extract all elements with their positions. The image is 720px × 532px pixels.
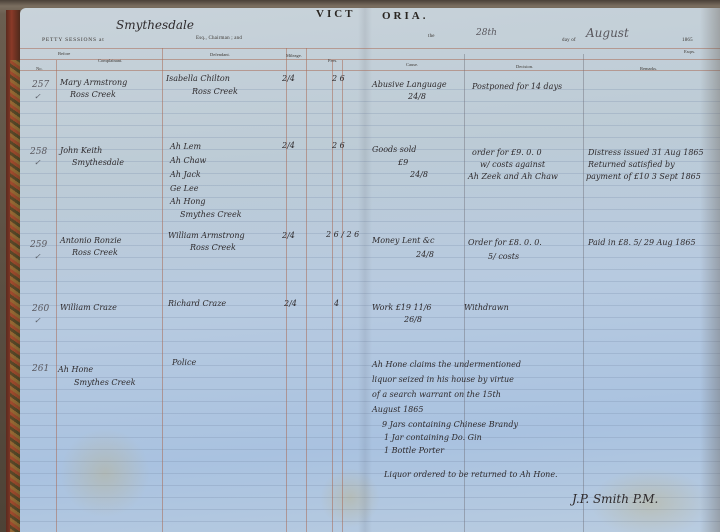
defendant-place: Ross Creek [190, 243, 236, 252]
chairman-label: Esq., Chairman ; and [196, 36, 242, 41]
ledger-book: VICT ORIA. PETTY SESSIONS at Smythesdale… [0, 0, 720, 532]
column-divider-fees-a [332, 60, 333, 532]
entry-number: 259 [30, 240, 47, 250]
mileage-value: 2/4 [282, 74, 295, 83]
column-divider-complainant [162, 48, 163, 532]
defendant-place: Smythes Creek [180, 210, 242, 219]
remarks-text: Paid in £8. 5/ 29 Aug 1865 [588, 238, 696, 247]
petty-sessions-place: Smythesdale [116, 18, 194, 32]
esqrs-label: Esqrs. [684, 49, 695, 54]
header-rule [20, 59, 720, 60]
defendant-name: Ah Lem [170, 142, 201, 151]
cause-date: 24/8 [416, 250, 434, 259]
page-edge-shadow [700, 8, 720, 532]
decision-text: order for £9. 0. 0 [472, 148, 542, 157]
column-divider-cause [464, 54, 465, 532]
month-value: August [586, 26, 629, 40]
col-header-defendant: Defendant. [210, 52, 230, 57]
claim-note-line: August 1865 [372, 405, 423, 414]
cause-date: 24/8 [410, 170, 428, 179]
column-divider-mileage [306, 48, 307, 532]
complainant-place: Ross Creek [70, 90, 116, 99]
claim-note-line: liquor seized in his house by virtue [372, 375, 514, 384]
check-mark: ✓ [34, 92, 41, 101]
complainant-place: Ross Creek [72, 248, 118, 257]
cause-date: 24/8 [408, 92, 426, 101]
decision-text: w/ costs against [480, 160, 545, 169]
defendant-name: Ah Chaw [170, 156, 206, 165]
claim-note-line: of a search warrant on the 15th [372, 390, 501, 399]
col-header-fees: Fees. [328, 58, 337, 63]
fees-value: 2 6 [332, 74, 345, 83]
water-stain [60, 428, 150, 518]
column-divider-decision [583, 54, 584, 532]
year-label: 1865 [682, 38, 693, 43]
col-header-complainant: Complainant. [98, 58, 122, 63]
the-label: the [428, 34, 435, 39]
complainant-name: William Craze [60, 303, 117, 312]
entry-number: 260 [32, 304, 49, 314]
header-rule [20, 70, 720, 71]
check-mark: ✓ [34, 316, 41, 325]
decision-text: Order for £8. 0. 0. [468, 238, 542, 247]
col-header-decision: Decision. [516, 64, 533, 69]
claim-note-item: 1 Jar containing Do. Gin [384, 433, 482, 442]
check-mark: ✓ [34, 252, 41, 261]
page-gutter [358, 8, 372, 532]
check-mark: ✓ [34, 158, 41, 167]
fees-value: 2 6 [332, 141, 345, 150]
mileage-value: 2/4 [282, 141, 295, 150]
col-header-cause: Cause. [406, 62, 418, 67]
claim-note-line: Ah Hone claims the undermentioned [372, 360, 521, 369]
water-stain [320, 468, 380, 528]
entry-number: 257 [32, 80, 49, 90]
entry-number: 261 [32, 364, 49, 374]
defendant-name: Police [172, 358, 196, 367]
defendant-name: Richard Craze [168, 299, 226, 308]
fees-value: 4 [334, 299, 339, 308]
header-rule [20, 48, 720, 49]
defendant-name: Ge Lee [170, 184, 198, 193]
ledger-page-spread: VICT ORIA. PETTY SESSIONS at Smythesdale… [20, 8, 720, 532]
cause-text: Money Lent &c [372, 236, 435, 245]
cause-text: Work £19 11/6 [372, 303, 432, 312]
defendant-name: Ah Jack [170, 170, 201, 179]
day-of-label: day of [562, 38, 576, 43]
decision-text: Ah Zeek and Ah Chaw [468, 172, 558, 181]
fees-value: 2 6 / 2 6 [326, 230, 359, 239]
complainant-place: Smythes Creek [74, 378, 136, 387]
marbled-endpaper [10, 60, 20, 532]
order-note: Liquor ordered to be returned to Ah Hone… [384, 470, 558, 479]
decision-text: Postponed for 14 days [472, 82, 562, 91]
defendant-place: Ross Creek [192, 87, 238, 96]
defendant-name: William Armstrong [168, 231, 245, 240]
column-divider-fees-b [342, 60, 343, 532]
mileage-value: 2/4 [284, 299, 297, 308]
decision-text: 5/ costs [488, 252, 519, 261]
claim-note-item: 1 Bottle Porter [384, 446, 444, 455]
complainant-name: Ah Hone [58, 365, 93, 374]
column-divider-defendant [286, 48, 287, 532]
defendant-name: Ah Hong [170, 197, 206, 206]
col-header-no: No. [36, 66, 43, 71]
claim-note-item: 9 Jars containing Chinese Brandy [382, 420, 518, 429]
col-header-remarks: Remarks. [640, 66, 657, 71]
defendant-name: Isabella Chilton [166, 74, 230, 83]
title-vict: VICT [316, 8, 356, 20]
decision-text: Withdrawn [464, 303, 509, 312]
column-divider-no [56, 60, 57, 532]
col-header-mileage: Mileage. [286, 53, 302, 58]
remarks-text: payment of £10 3 Sept 1865 [586, 172, 701, 181]
complainant-place: Smythesdale [72, 158, 124, 167]
complainant-name: Mary Armstrong [60, 78, 127, 87]
day-value: 28th [476, 28, 497, 38]
magistrate-signature: J.P. Smith P.M. [572, 492, 658, 506]
remarks-text: Returned satisfied by [588, 160, 675, 169]
petty-sessions-label: PETTY SESSIONS at [42, 37, 105, 43]
before-label: Before [58, 51, 70, 56]
cause-text: Abusive Language [372, 80, 447, 89]
complainant-name: John Keith [60, 146, 102, 155]
complainant-name: Antonio Ronzie [60, 236, 122, 245]
mileage-value: 2/4 [282, 231, 295, 240]
entry-number: 258 [30, 147, 47, 157]
cause-text: Goods sold [372, 145, 416, 154]
cause-date: 26/8 [404, 315, 422, 324]
remarks-text: Distress issued 31 Aug 1865 [588, 148, 704, 157]
cause-amount: £9 [398, 158, 408, 167]
title-oria: ORIA. [382, 10, 428, 22]
